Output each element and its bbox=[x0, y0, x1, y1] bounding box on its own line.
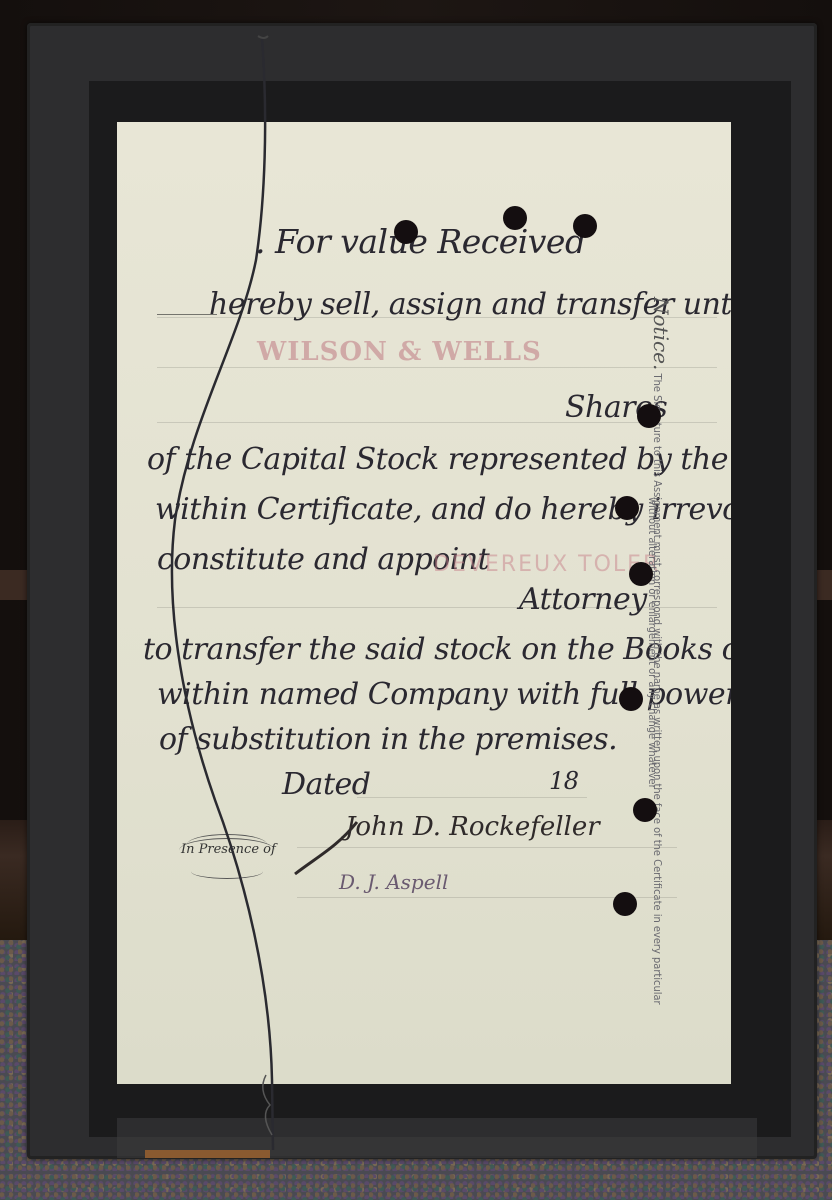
cancellation-punch-hole bbox=[573, 214, 597, 238]
cancellation-punch-hole bbox=[633, 798, 657, 822]
notice-body-2: without alteration or enlargement or any… bbox=[646, 497, 659, 789]
notice-text-line2: without alteration or enlargement or any… bbox=[646, 497, 659, 789]
notice-vertical: Notice. The Signature to this Assignment… bbox=[637, 297, 677, 937]
notice-lead: Notice. bbox=[649, 297, 673, 370]
cancellation-punch-hole bbox=[615, 496, 639, 520]
frame-worn-edge bbox=[145, 1150, 270, 1158]
cancellation-punch-hole bbox=[394, 220, 418, 244]
certificate-back: . For value Received hereby sell, assign… bbox=[117, 122, 731, 1084]
cancellation-punch-hole bbox=[613, 892, 637, 916]
cancellation-punch-hole bbox=[629, 562, 653, 586]
cancellation-punch-hole bbox=[619, 687, 643, 711]
cancellation-punch-hole bbox=[637, 404, 661, 428]
cancellation-punch-hole bbox=[503, 206, 527, 230]
witness-signature: D. J. Aspell bbox=[339, 870, 448, 894]
